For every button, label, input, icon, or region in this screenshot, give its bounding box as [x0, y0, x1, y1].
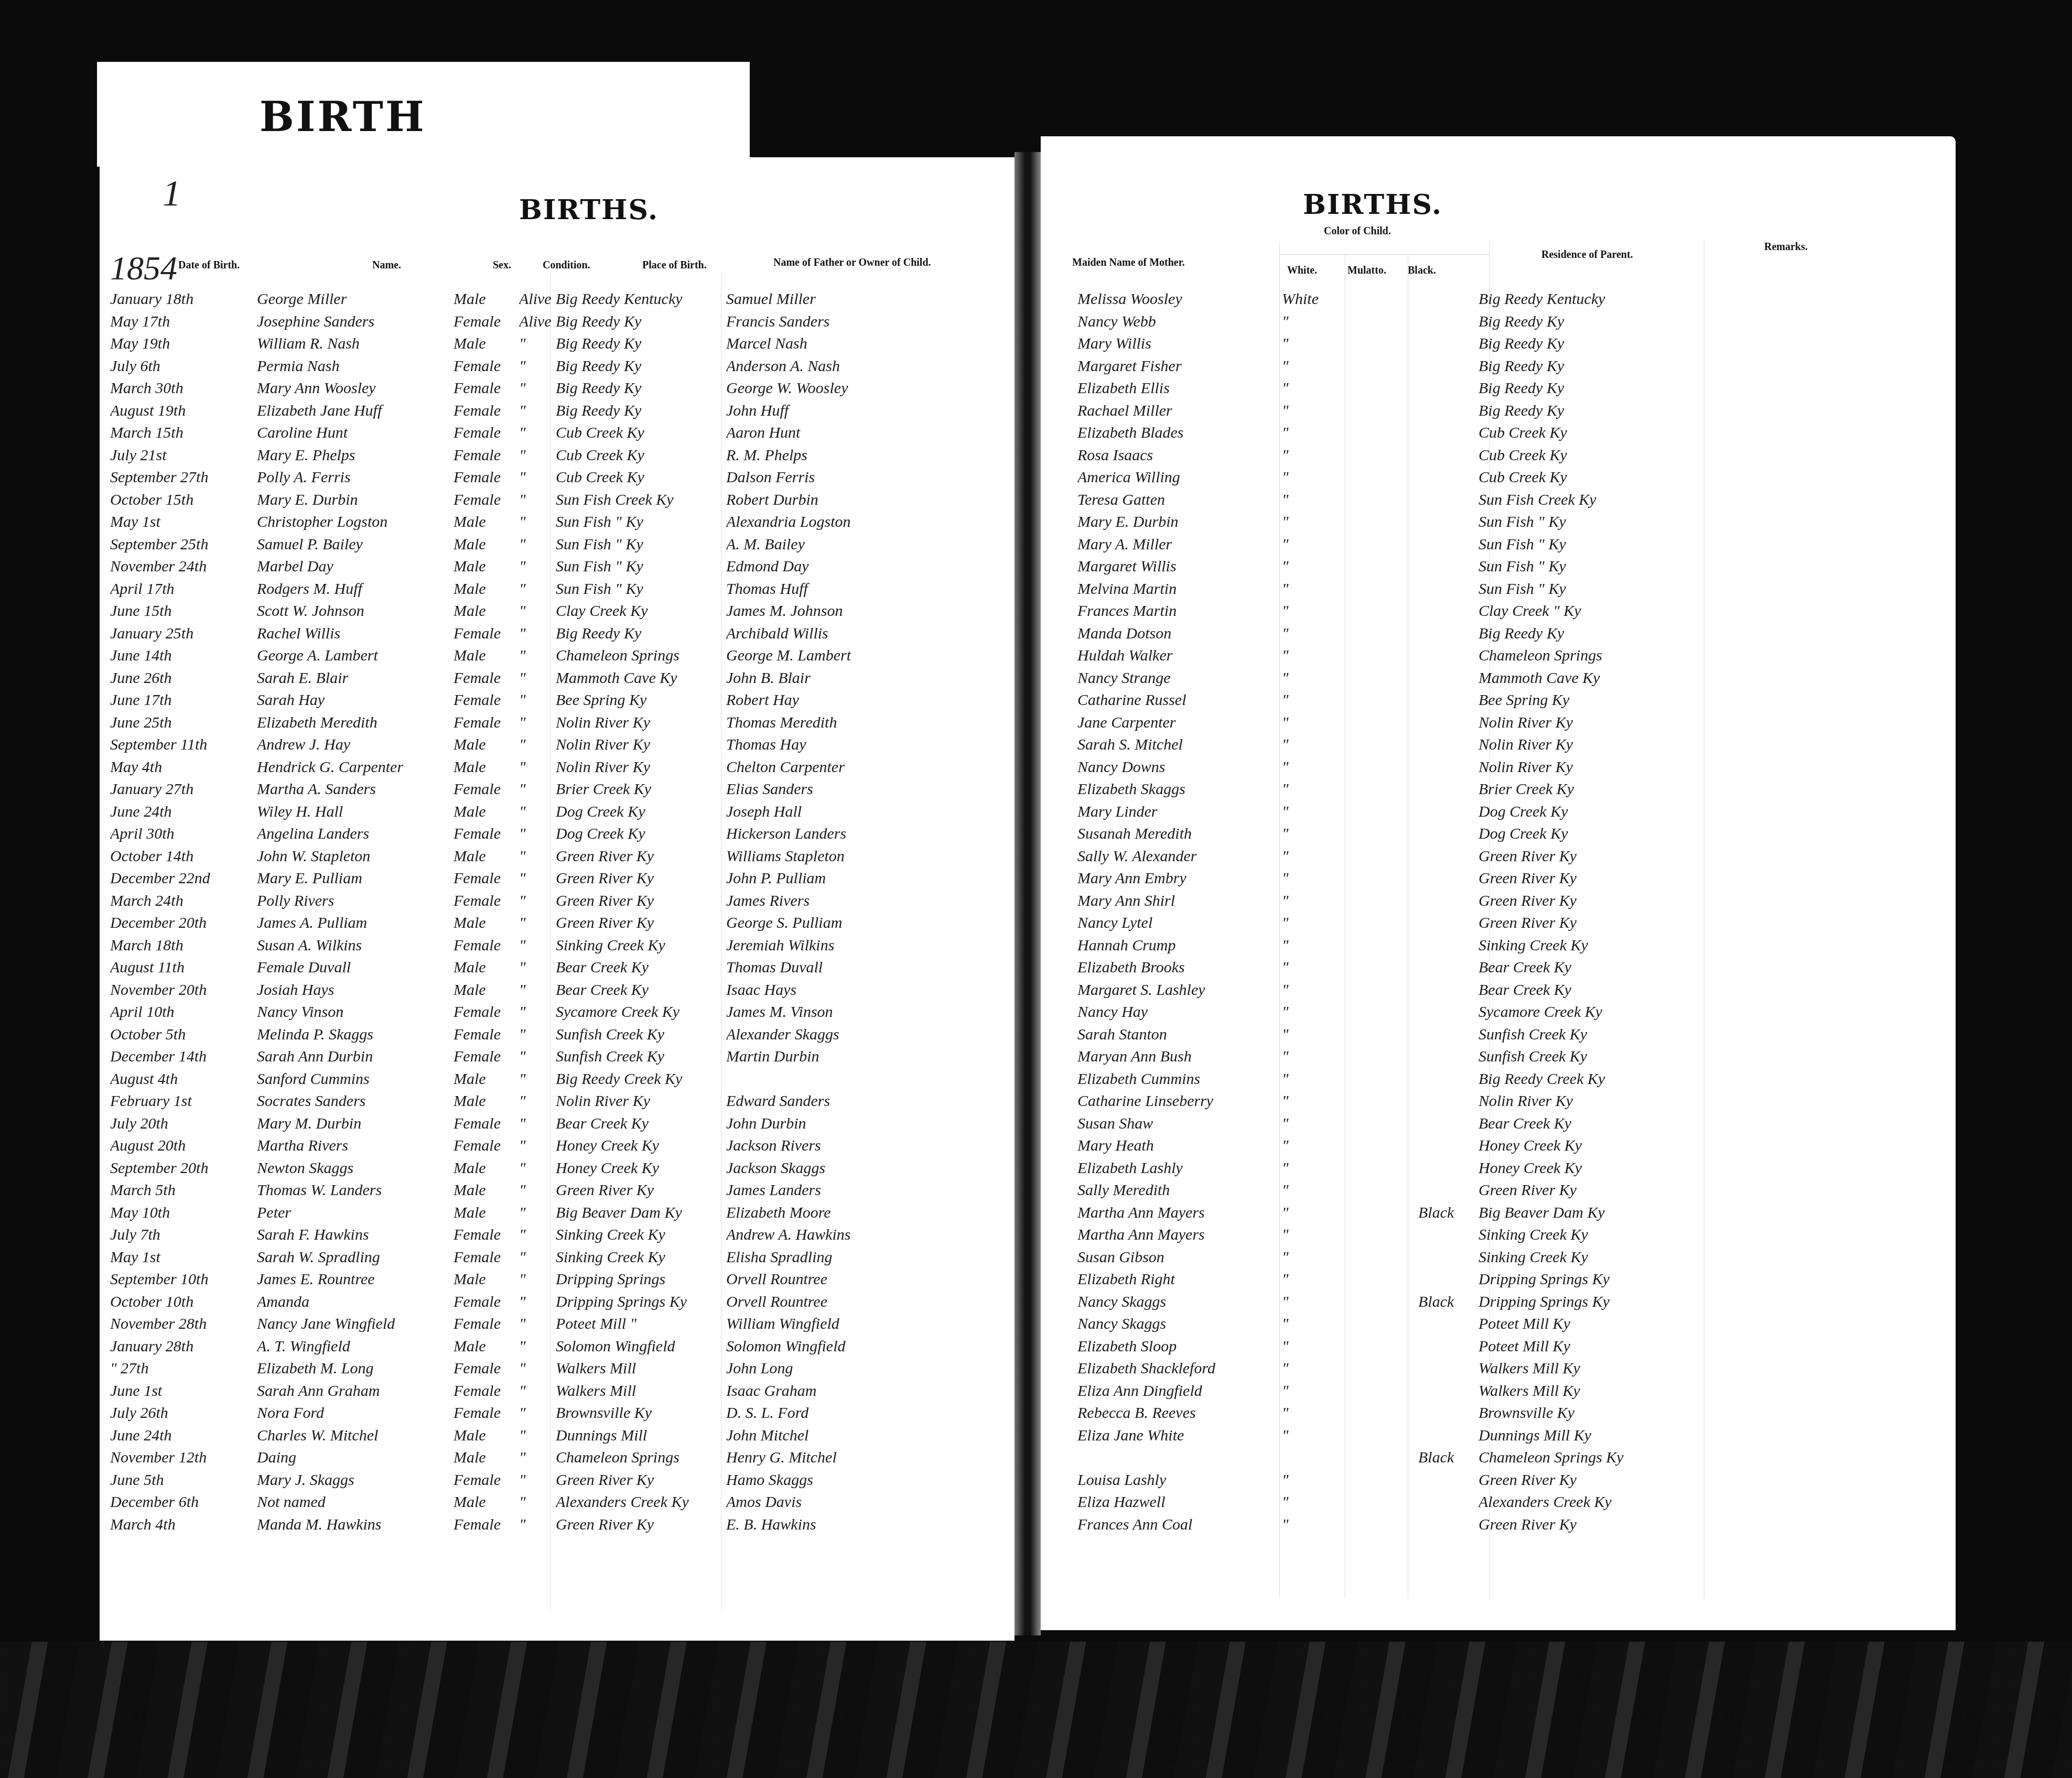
entry-date: April 17th [110, 580, 257, 598]
entry-residence: Nolin River Ky [1479, 736, 1699, 754]
entry-condition: " [519, 1293, 561, 1311]
entry-condition: " [519, 447, 561, 464]
entry-white: " [1282, 1404, 1345, 1422]
register-entry: August 11thFemale DuvallMale"Bear Creek … [100, 957, 1015, 979]
register-entry: October 10thAmandaFemale"Dripping Spring… [100, 1291, 1015, 1314]
entry-father: Amos Davis [726, 1493, 1004, 1511]
entry-sex: Male [454, 1092, 516, 1110]
entry-father: Solomon Wingfield [726, 1338, 1004, 1356]
register-entry: August 4thSanford CumminsMale"Big Reedy … [100, 1068, 1015, 1091]
entry-date: May 1st [110, 513, 257, 531]
entry-sex: Male [454, 602, 516, 620]
entry-residence: Big Reedy Ky [1479, 335, 1699, 353]
entry-sex: Male [454, 536, 516, 554]
entry-date: August 11th [110, 959, 257, 977]
entry-name: George A. Lambert [257, 647, 446, 665]
entry-date: June 1st [110, 1382, 257, 1400]
entry-father: Elias Sanders [726, 780, 1004, 798]
register-entry: November 20thJosiah HaysMale"Bear Creek … [100, 979, 1015, 1002]
entry-sex: Female [454, 625, 516, 643]
register-entry: Eliza Hazwell"Alexanders Creek Ky [1041, 1491, 1956, 1514]
entry-residence: Big Reedy Ky [1479, 313, 1699, 331]
register-entry: Mary A. Miller"Sun Fish " Ky [1041, 534, 1956, 556]
entry-condition: " [519, 803, 561, 821]
entry-mother: Mary Heath [1077, 1137, 1277, 1155]
register-entry: March 18thSusan A. WilkinsFemale"Sinking… [100, 935, 1015, 957]
register-entry: Rebecca B. Reeves"Brownsville Ky [1041, 1402, 1956, 1425]
register-entry: Sally W. Alexander"Green River Ky [1041, 845, 1956, 868]
entry-name: Sanford Cummins [257, 1070, 446, 1088]
register-entry: September 20thNewton SkaggsMale"Honey Cr… [100, 1157, 1015, 1180]
entry-name: Martha Rivers [257, 1137, 446, 1155]
entry-father: Samuel Miller [726, 290, 1004, 308]
entry-sex: Male [454, 647, 516, 665]
register-entry: Frances Ann Coal"Green River Ky [1041, 1514, 1956, 1536]
entry-mother: Nancy Webb [1077, 313, 1277, 331]
entry-condition: " [519, 558, 561, 576]
entry-sex: Female [454, 313, 516, 331]
entry-father: Isaac Graham [726, 1382, 1004, 1400]
entry-date: " 27th [110, 1360, 257, 1378]
entry-place: Walkers Mill [556, 1360, 724, 1378]
entry-father: Robert Hay [726, 691, 1004, 709]
col-header-color-group: Color of Child. [1324, 225, 1391, 237]
entry-sex: Male [454, 580, 516, 598]
entry-residence: Dog Creek Ky [1479, 825, 1699, 843]
entry-date: May 4th [110, 758, 257, 776]
entry-place: Cub Creek Ky [556, 424, 724, 442]
register-entry: June 26thSarah E. BlairFemale"Mammoth Ca… [100, 667, 1015, 690]
register-entry: March 24thPolly RiversFemale"Green River… [100, 890, 1015, 913]
entry-place: Bear Creek Ky [556, 959, 724, 977]
entry-date: June 17th [110, 691, 257, 709]
entry-date: May 10th [110, 1204, 257, 1222]
register-entry: January 25thRachel WillisFemale"Big Reed… [100, 623, 1015, 645]
entry-date: January 18th [110, 290, 257, 308]
entry-mother: Melissa Woosley [1077, 290, 1277, 308]
entry-father: John B. Blair [726, 669, 1004, 687]
entry-mother: Melvina Martin [1077, 580, 1277, 598]
register-entry: Mary Ann Embry"Green River Ky [1041, 868, 1956, 890]
entry-residence: Dripping Springs Ky [1479, 1271, 1699, 1288]
entry-white: " [1282, 1115, 1345, 1133]
entry-sex: Male [454, 981, 516, 999]
entry-sex: Female [454, 424, 516, 442]
register-entry: June 14thGeorge A. LambertMale"Chameleon… [100, 645, 1015, 667]
col-header-condition: Condition. [543, 259, 590, 272]
register-entry: January 18thGeorge MillerMaleAliveBig Re… [100, 288, 1015, 311]
entry-mother: Rebecca B. Reeves [1077, 1404, 1277, 1422]
entry-residence: Green River Ky [1479, 1471, 1699, 1489]
entry-name: Charles W. Mitchel [257, 1427, 446, 1445]
entry-mother: Margaret Willis [1077, 558, 1277, 576]
entry-white: " [1282, 1249, 1345, 1266]
entry-residence: Brier Creek Ky [1479, 780, 1699, 798]
register-entry: December 6thNot namedMale"Alexanders Cre… [100, 1491, 1015, 1514]
entry-mother: Sarah S. Mitchel [1077, 736, 1277, 754]
entry-residence: Sun Fish " Ky [1479, 558, 1699, 576]
entry-place: Big Reedy Kentucky [556, 290, 724, 308]
entry-father: Elizabeth Moore [726, 1204, 1004, 1222]
entry-black: Black [1418, 1293, 1471, 1311]
entry-sex: Female [454, 1026, 516, 1044]
entry-white: " [1282, 1382, 1345, 1400]
entry-date: February 1st [110, 1092, 257, 1110]
entry-residence: Green River Ky [1479, 1516, 1699, 1534]
entry-name: Andrew J. Hay [257, 736, 446, 754]
register-entry: Nancy Hay"Sycamore Creek Ky [1041, 1001, 1956, 1024]
entry-condition: " [519, 380, 561, 397]
register-entry: July 7thSarah F. HawkinsFemale"Sinking C… [100, 1224, 1015, 1246]
register-entry: Nancy Downs"Nolin River Ky [1041, 756, 1956, 779]
entry-place: Bee Spring Ky [556, 691, 724, 709]
entry-name: Rodgers M. Huff [257, 580, 446, 598]
entry-date: November 20th [110, 981, 257, 999]
entry-place: Green River Ky [556, 892, 724, 910]
entry-father: Thomas Duvall [726, 959, 1004, 977]
entry-residence: Nolin River Ky [1479, 714, 1699, 732]
entry-white: " [1282, 669, 1345, 687]
entry-residence: Sinking Creek Ky [1479, 1249, 1699, 1266]
register-entry: May 19thWilliam R. NashMale"Big Reedy Ky… [100, 333, 1015, 355]
entry-white: " [1282, 1137, 1345, 1155]
entry-sex: Female [454, 1226, 516, 1244]
entry-father: George M. Lambert [726, 647, 1004, 665]
entry-mother: Manda Dotson [1077, 625, 1277, 643]
entry-sex: Male [454, 1427, 516, 1445]
entry-sex: Female [454, 1003, 516, 1021]
col-header-black: Black. [1408, 265, 1436, 277]
entry-name: Mary M. Durbin [257, 1115, 446, 1133]
register-entry: December 22ndMary E. PulliamFemale"Green… [100, 868, 1015, 890]
entry-father: John Mitchel [726, 1427, 1004, 1445]
entry-father: Hamo Skaggs [726, 1471, 1004, 1489]
entry-mother: Hannah Crump [1077, 937, 1277, 955]
entry-name: John W. Stapleton [257, 848, 446, 865]
entry-white: " [1282, 1003, 1345, 1021]
entry-name: Angelina Landers [257, 825, 446, 843]
entry-place: Green River Ky [556, 1471, 724, 1489]
register-entry: Mary E. Durbin"Sun Fish " Ky [1041, 511, 1956, 534]
entry-residence: Sun Fish " Ky [1479, 580, 1699, 598]
entry-white: " [1282, 335, 1345, 353]
col-header-name: Name. [372, 259, 401, 272]
entry-father: John Huff [726, 402, 1004, 420]
entry-condition: " [519, 1070, 561, 1088]
entry-residence: Nolin River Ky [1479, 758, 1699, 776]
entry-date: August 4th [110, 1070, 257, 1088]
register-entry: Sally Meredith"Green River Ky [1041, 1179, 1956, 1202]
entry-father: James M. Johnson [726, 602, 1004, 620]
entry-condition: " [519, 1115, 561, 1133]
entry-mother: Mary E. Durbin [1077, 513, 1277, 531]
entry-name: Daing [257, 1449, 446, 1467]
entry-condition: " [519, 625, 561, 643]
entry-father: Jeremiah Wilkins [726, 937, 1004, 955]
entry-date: June 5th [110, 1471, 257, 1489]
entry-sex: Male [454, 803, 516, 821]
entry-white: " [1282, 1181, 1345, 1199]
entry-place: Sycamore Creek Ky [556, 1003, 724, 1021]
entry-sex: Female [454, 491, 516, 509]
entry-residence: Sun Fish " Ky [1479, 536, 1699, 554]
entry-name: Caroline Hunt [257, 424, 446, 442]
entry-sex: Female [454, 402, 516, 420]
entry-white: " [1282, 736, 1345, 754]
entry-name: James E. Rountree [257, 1271, 446, 1288]
entry-residence: Sun Fish " Ky [1479, 513, 1699, 531]
entry-place: Green River Ky [556, 1516, 724, 1534]
entry-condition: " [519, 513, 561, 531]
entry-place: Chameleon Springs [556, 647, 724, 665]
entry-place: Dripping Springs Ky [556, 1293, 724, 1311]
entry-name: Nancy Jane Wingfield [257, 1315, 446, 1333]
register-entry: November 24thMarbel DayMale"Sun Fish " K… [100, 556, 1015, 578]
entry-place: Nolin River Ky [556, 1092, 724, 1110]
register-entry: March 15thCaroline HuntFemale"Cub Creek … [100, 422, 1015, 444]
register-entry: December 20thJames A. PulliamMale"Green … [100, 912, 1015, 935]
register-entry: October 15thMary E. DurbinFemale"Sun Fis… [100, 489, 1015, 512]
entry-place: Dog Creek Ky [556, 803, 724, 821]
entry-sex: Male [454, 848, 516, 865]
register-entry: Elizabeth Shackleford"Walkers Mill Ky [1041, 1358, 1956, 1380]
entry-mother: Nancy Downs [1077, 758, 1277, 776]
register-entry: Elizabeth Ellis"Big Reedy Ky [1041, 377, 1956, 400]
entry-mother: Nancy Skaggs [1077, 1315, 1277, 1333]
entry-residence: Poteet Mill Ky [1479, 1338, 1699, 1356]
entry-father: Marcel Nash [726, 335, 1004, 353]
entry-date: November 28th [110, 1315, 257, 1333]
register-entry: March 30thMary Ann WoosleyFemale"Big Ree… [100, 377, 1015, 400]
tab-title: BIRTH [260, 93, 426, 141]
entry-white: " [1282, 937, 1345, 955]
entry-place: Nolin River Ky [556, 758, 724, 776]
entry-name: Polly Rivers [257, 892, 446, 910]
entry-white: " [1282, 491, 1345, 509]
entry-white: " [1282, 447, 1345, 464]
entry-mother: Martha Ann Mayers [1077, 1226, 1277, 1244]
register-entry: April 17thRodgers M. HuffMale"Sun Fish "… [100, 578, 1015, 601]
register-entry: November 28thNancy Jane WingfieldFemale"… [100, 1313, 1015, 1336]
entry-date: September 10th [110, 1271, 257, 1288]
entry-residence: Honey Creek Ky [1479, 1159, 1699, 1177]
entry-place: Sunfish Creek Ky [556, 1048, 724, 1066]
register-entry: Elizabeth Brooks"Bear Creek Ky [1041, 957, 1956, 979]
entry-sex: Female [454, 669, 516, 687]
entry-place: Bear Creek Ky [556, 981, 724, 999]
entry-sex: Female [454, 870, 516, 887]
entry-father: Francis Sanders [726, 313, 1004, 331]
entry-condition: " [519, 1516, 561, 1534]
entry-residence: Green River Ky [1479, 892, 1699, 910]
entry-date: September 11th [110, 736, 257, 754]
entry-name: Christopher Logston [257, 513, 446, 531]
register-entry: July 26thNora FordFemale"Brownsville KyD… [100, 1402, 1015, 1425]
entry-condition: " [519, 536, 561, 554]
register-entry: July 6thPermia NashFemale"Big Reedy KyAn… [100, 355, 1015, 378]
entry-residence: Green River Ky [1479, 848, 1699, 865]
entry-residence: Green River Ky [1479, 914, 1699, 932]
entry-condition: " [519, 825, 561, 843]
entry-residence: Big Reedy Ky [1479, 380, 1699, 397]
entry-mother: Elizabeth Brooks [1077, 959, 1277, 977]
entry-name: Sarah Hay [257, 691, 446, 709]
entry-sex: Female [454, 1315, 516, 1333]
entry-name: Susan A. Wilkins [257, 937, 446, 955]
entry-name: Peter [257, 1204, 446, 1222]
entry-black: Black [1418, 1204, 1471, 1222]
entry-date: June 26th [110, 669, 257, 687]
register-entry: June 1stSarah Ann GrahamFemale"Walkers M… [100, 1380, 1015, 1403]
entry-mother: Elizabeth Skaggs [1077, 780, 1277, 798]
entry-date: July 26th [110, 1404, 257, 1422]
col-header-place: Place of Birth. [642, 259, 707, 272]
entry-place: Cub Creek Ky [556, 447, 724, 464]
left-page-heading: BIRTHS. [519, 194, 659, 226]
entry-sex: Female [454, 1471, 516, 1489]
entry-place: Solomon Wingfield [556, 1338, 724, 1356]
entry-date: March 18th [110, 937, 257, 955]
entry-mother: Sally Meredith [1077, 1181, 1277, 1199]
entry-white: " [1282, 1360, 1345, 1378]
entry-condition: " [519, 402, 561, 420]
register-entry: Margaret Fisher"Big Reedy Ky [1041, 355, 1956, 378]
register-entry: Manda Dotson"Big Reedy Ky [1041, 623, 1956, 645]
entry-place: Sun Fish " Ky [556, 580, 724, 598]
entry-father: Thomas Meredith [726, 714, 1004, 732]
entry-mother: Teresa Gatten [1077, 491, 1277, 509]
entry-name: Female Duvall [257, 959, 446, 977]
entry-white: " [1282, 1427, 1345, 1445]
entry-black: Black [1418, 1449, 1471, 1467]
col-header-mulatto: Mulatto. [1347, 265, 1386, 277]
entry-sex: Male [454, 290, 516, 308]
entry-name: Not named [257, 1493, 446, 1511]
entry-sex: Male [454, 959, 516, 977]
register-entry: January 27thMartha A. SandersFemale"Brie… [100, 778, 1015, 801]
entry-white: " [1282, 647, 1345, 665]
entry-residence: Bear Creek Ky [1479, 1115, 1699, 1133]
entry-date: March 5th [110, 1181, 257, 1199]
entry-condition: " [519, 914, 561, 932]
register-entry: October 5thMelinda P. SkaggsFemale"Sunfi… [100, 1024, 1015, 1046]
entry-mother: Nancy Strange [1077, 669, 1277, 687]
register-entry: Elizabeth Lashly"Honey Creek Ky [1041, 1157, 1956, 1180]
register-entry: Eliza Jane White"Dunnings Mill Ky [1041, 1425, 1956, 1447]
register-entry: Huldah Walker"Chameleon Springs [1041, 645, 1956, 667]
entry-name: Sarah F. Hawkins [257, 1226, 446, 1244]
entry-father: William Wingfield [726, 1315, 1004, 1333]
entry-name: Elizabeth Meredith [257, 714, 446, 732]
entry-date: September 27th [110, 469, 257, 486]
entry-date: December 6th [110, 1493, 257, 1511]
entry-sex: Female [454, 1382, 516, 1400]
entry-white: " [1282, 870, 1345, 887]
col-header-father: Name of Father or Owner of Child. [773, 257, 931, 269]
entry-condition: " [519, 780, 561, 798]
entry-name: Samuel P. Bailey [257, 536, 446, 554]
entry-mother: Elizabeth Lashly [1077, 1159, 1277, 1177]
entry-father: Dalson Ferris [726, 469, 1004, 486]
entry-sex: Female [454, 1137, 516, 1155]
entry-residence: Bee Spring Ky [1479, 691, 1699, 709]
right-entries: Melissa WoosleyWhiteBig Reedy KentuckyNa… [1041, 288, 1956, 1536]
entry-name: Newton Skaggs [257, 1159, 446, 1177]
entry-date: May 17th [110, 313, 257, 331]
register-entry: September 10thJames E. RountreeMale"Drip… [100, 1269, 1015, 1291]
entry-condition: " [519, 1471, 561, 1489]
year-annotation: 1854 [110, 249, 177, 288]
entry-white: " [1282, 424, 1345, 442]
entry-place: Green River Ky [556, 914, 724, 932]
entry-condition: Alive [519, 290, 561, 308]
entry-mother: Elizabeth Right [1077, 1271, 1277, 1288]
register-entry: February 1stSocrates SandersMale"Nolin R… [100, 1090, 1015, 1113]
entry-white: " [1282, 981, 1345, 999]
left-page: 1 BIRTHS. 1854 Date of Birth. Name. Sex.… [100, 157, 1015, 1641]
register-entry: Elizabeth Blades"Cub Creek Ky [1041, 422, 1956, 444]
entry-date: September 25th [110, 536, 257, 554]
entry-white: " [1282, 1293, 1345, 1311]
register-entry: September 25thSamuel P. BaileyMale"Sun F… [100, 534, 1015, 556]
entry-father: Aaron Hunt [726, 424, 1004, 442]
entry-sex: Male [454, 335, 516, 353]
entry-white: " [1282, 1493, 1345, 1511]
entry-residence: Honey Creek Ky [1479, 1137, 1699, 1155]
entry-father: James Rivers [726, 892, 1004, 910]
entry-date: July 20th [110, 1115, 257, 1133]
entry-name: Scott W. Johnson [257, 602, 446, 620]
entry-place: Walkers Mill [556, 1382, 724, 1400]
register-entry: Elizabeth Skaggs"Brier Creek Ky [1041, 778, 1956, 801]
entry-name: Mary E. Durbin [257, 491, 446, 509]
entry-condition: " [519, 491, 561, 509]
register-entry: Susan Shaw"Bear Creek Ky [1041, 1113, 1956, 1135]
entry-place: Sun Fish " Ky [556, 513, 724, 531]
entry-date: December 20th [110, 914, 257, 932]
register-entry: May 17thJosephine SandersFemaleAliveBig … [100, 311, 1015, 333]
entry-sex: Female [454, 1293, 516, 1311]
entry-residence: Big Beaver Dam Ky [1479, 1204, 1699, 1222]
entry-sex: Female [454, 357, 516, 375]
entry-mother: Mary Willis [1077, 335, 1277, 353]
entry-sex: Male [454, 914, 516, 932]
entry-mother: Elizabeth Cummins [1077, 1070, 1277, 1088]
entry-residence: Nolin River Ky [1479, 1092, 1699, 1110]
entry-name: Permia Nash [257, 357, 446, 375]
register-entry: June 25thElizabeth MeredithFemale"Nolin … [100, 712, 1015, 734]
entry-mother: Rosa Isaacs [1077, 447, 1277, 464]
entry-condition: " [519, 1338, 561, 1356]
entry-residence: Sunfish Creek Ky [1479, 1048, 1699, 1066]
entry-white: " [1282, 758, 1345, 776]
entry-father: Thomas Hay [726, 736, 1004, 754]
entry-name: Josiah Hays [257, 981, 446, 999]
entry-name: Socrates Sanders [257, 1092, 446, 1110]
entry-mother: Susanah Meredith [1077, 825, 1277, 843]
entry-white: " [1282, 313, 1345, 331]
entry-name: Rachel Willis [257, 625, 446, 643]
entry-mother: America Willing [1077, 469, 1277, 486]
entry-white: " [1282, 602, 1345, 620]
register-entry: April 30thAngelina LandersFemale"Dog Cre… [100, 823, 1015, 845]
register-entry: Hannah Crump"Sinking Creek Ky [1041, 935, 1956, 957]
entry-white: " [1282, 1204, 1345, 1222]
entry-father: Williams Stapleton [726, 848, 1004, 865]
entry-condition: " [519, 1003, 561, 1021]
entry-mother: Catharine Russel [1077, 691, 1277, 709]
col-header-residence: Residence of Parent. [1541, 249, 1633, 261]
